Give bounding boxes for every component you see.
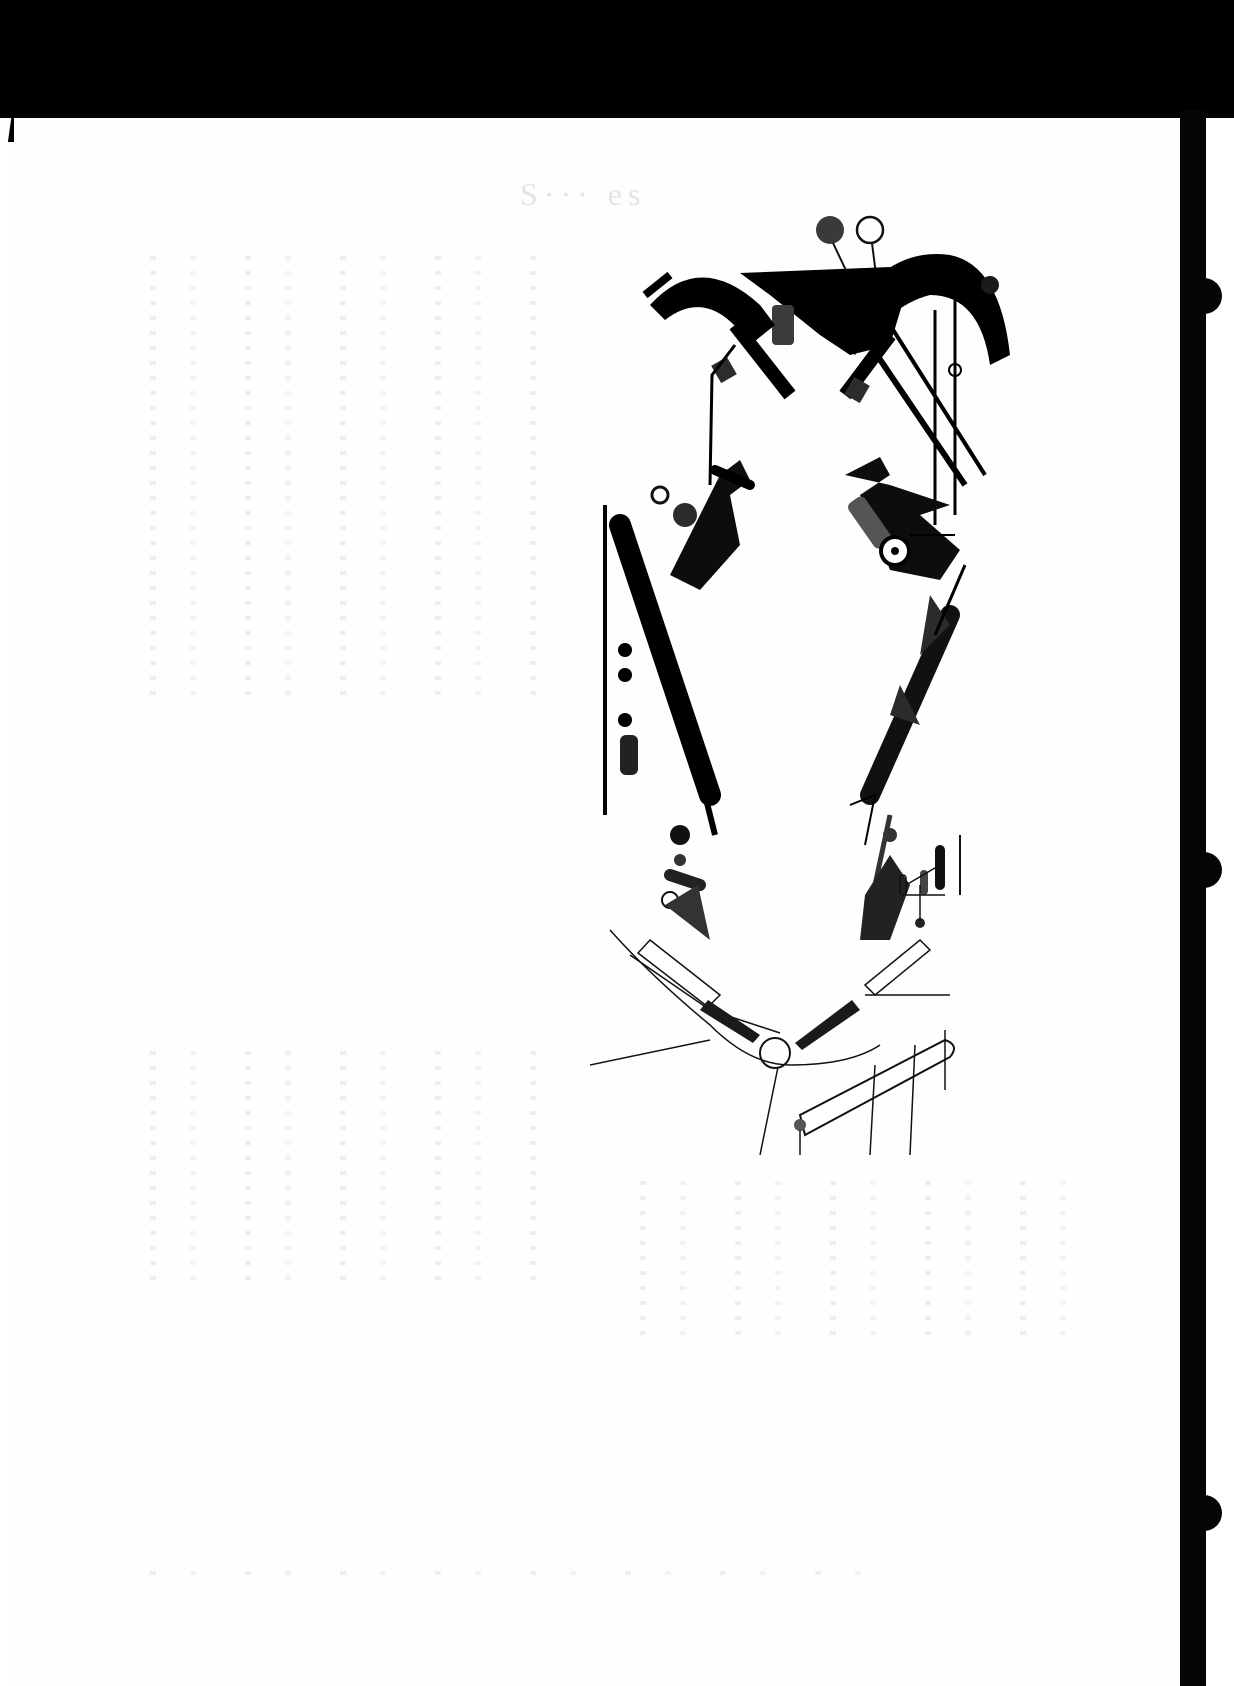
body-text-column-left-bottom xyxy=(150,1040,570,1291)
body-text-column-right-bottom xyxy=(640,1170,1080,1346)
callout-marker-drain xyxy=(760,1038,790,1155)
playfield-diagram xyxy=(590,195,1090,1155)
punch-hole xyxy=(1198,278,1222,314)
punch-hole xyxy=(1198,852,1222,888)
footer-text xyxy=(150,1560,870,1586)
scan-binding-edge xyxy=(1180,110,1206,1686)
punch-hole xyxy=(1198,1495,1222,1531)
scan-dark-border-top xyxy=(0,0,1234,118)
body-text-column-left-top xyxy=(150,245,570,706)
